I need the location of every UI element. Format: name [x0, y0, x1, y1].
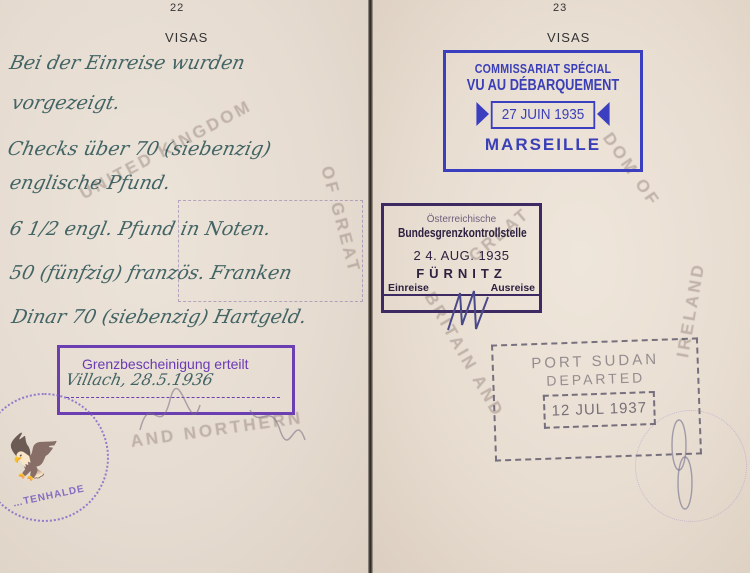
eagle-emblem-icon: 🦅 — [4, 430, 64, 485]
marseille-entry-stamp: COMMISSARIAT SPÉCIAL VU AU DÉBARQUEMENT … — [443, 50, 643, 172]
page-number: 22 — [170, 2, 184, 14]
handwriting-line: Checks über 70 (siebenzig) — [6, 138, 273, 160]
handwriting-line: englische Pfund. — [8, 172, 173, 194]
pencil-signature — [665, 415, 705, 515]
stamp-line: Bundesgrenzkontrollstelle — [398, 226, 525, 240]
stamp-line: VU AU DÉBARQUEMENT — [465, 77, 620, 95]
pencil-scribble — [130, 380, 330, 460]
seal-text: …TENHALDE — [12, 483, 86, 509]
stamp-place: FÜRNITZ — [384, 266, 539, 281]
page-heading: VISAS — [547, 30, 590, 45]
entry-label: Einreise — [388, 282, 429, 294]
stamp-date: 12 JUL 1937 — [543, 391, 656, 429]
handwriting-line: Dinar 70 (siebenzig) Hartgeld. — [10, 306, 309, 328]
handwriting-line: vorgezeigt. — [10, 92, 123, 114]
stamp-line: Österreichische — [384, 214, 539, 225]
handwriting-line: 6 1/2 engl. Pfund in Noten. — [8, 218, 273, 240]
stamp-place: MARSEILLE — [446, 135, 640, 155]
handwriting-line: 50 (fünfzig) französ. Franken — [8, 262, 294, 284]
stamp-date: 2 4. AUG. 1935 — [384, 248, 539, 263]
ink-signature — [440, 285, 500, 345]
faint-stamp — [178, 200, 363, 302]
page-number: 23 — [553, 2, 567, 14]
page-heading: VISAS — [165, 30, 208, 45]
stamp-date: 27 JUIN 1935 — [491, 101, 595, 129]
stamp-line: COMMISSARIAT SPÉCIAL — [461, 62, 626, 76]
passport-spread: 22 VISAS UNITED KINGDOM OF GREAT AND NOR… — [0, 0, 750, 573]
handwriting-line: Bei der Einreise wurden — [8, 52, 247, 74]
left-page: 22 VISAS UNITED KINGDOM OF GREAT AND NOR… — [0, 0, 368, 573]
